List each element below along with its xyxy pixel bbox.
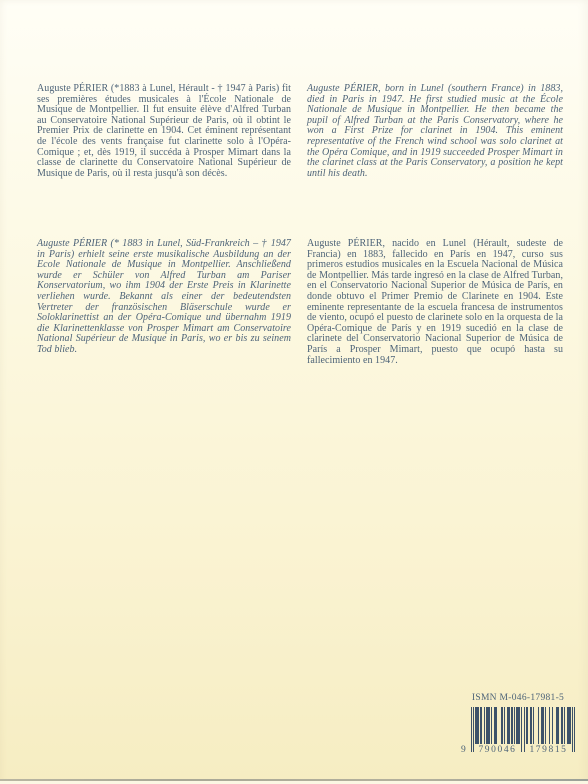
bio-paragraph-french: Auguste PÉRIER (*1883 à Lunel, Hérault -… [37,84,291,179]
ismn-label: ISMN M-046-17981-5 [448,693,588,703]
bio-paragraph-german: Auguste PÉRIER (* 1883 in Lunel, Süd-Fra… [37,239,291,356]
barcode-block: ISMN M-046-17981-5 9 790046 179815 [460,693,576,757]
barcode-digit-first: 9 [461,745,466,756]
bio-paragraph-spanish: Auguste PÉRIER, nacido en Lunel (Hérault… [307,239,563,366]
back-cover-page: Auguste PÉRIER (*1883 à Lunel, Hérault -… [0,0,588,784]
bio-paragraph-english: Auguste PÉRIER, born in Lunel (southern … [307,84,563,179]
barcode-digits-right-group: 179815 [526,745,571,756]
barcode-digits-left-group: 790046 [475,745,520,756]
ean13-barcode: 9 790046 179815 [460,707,576,757]
